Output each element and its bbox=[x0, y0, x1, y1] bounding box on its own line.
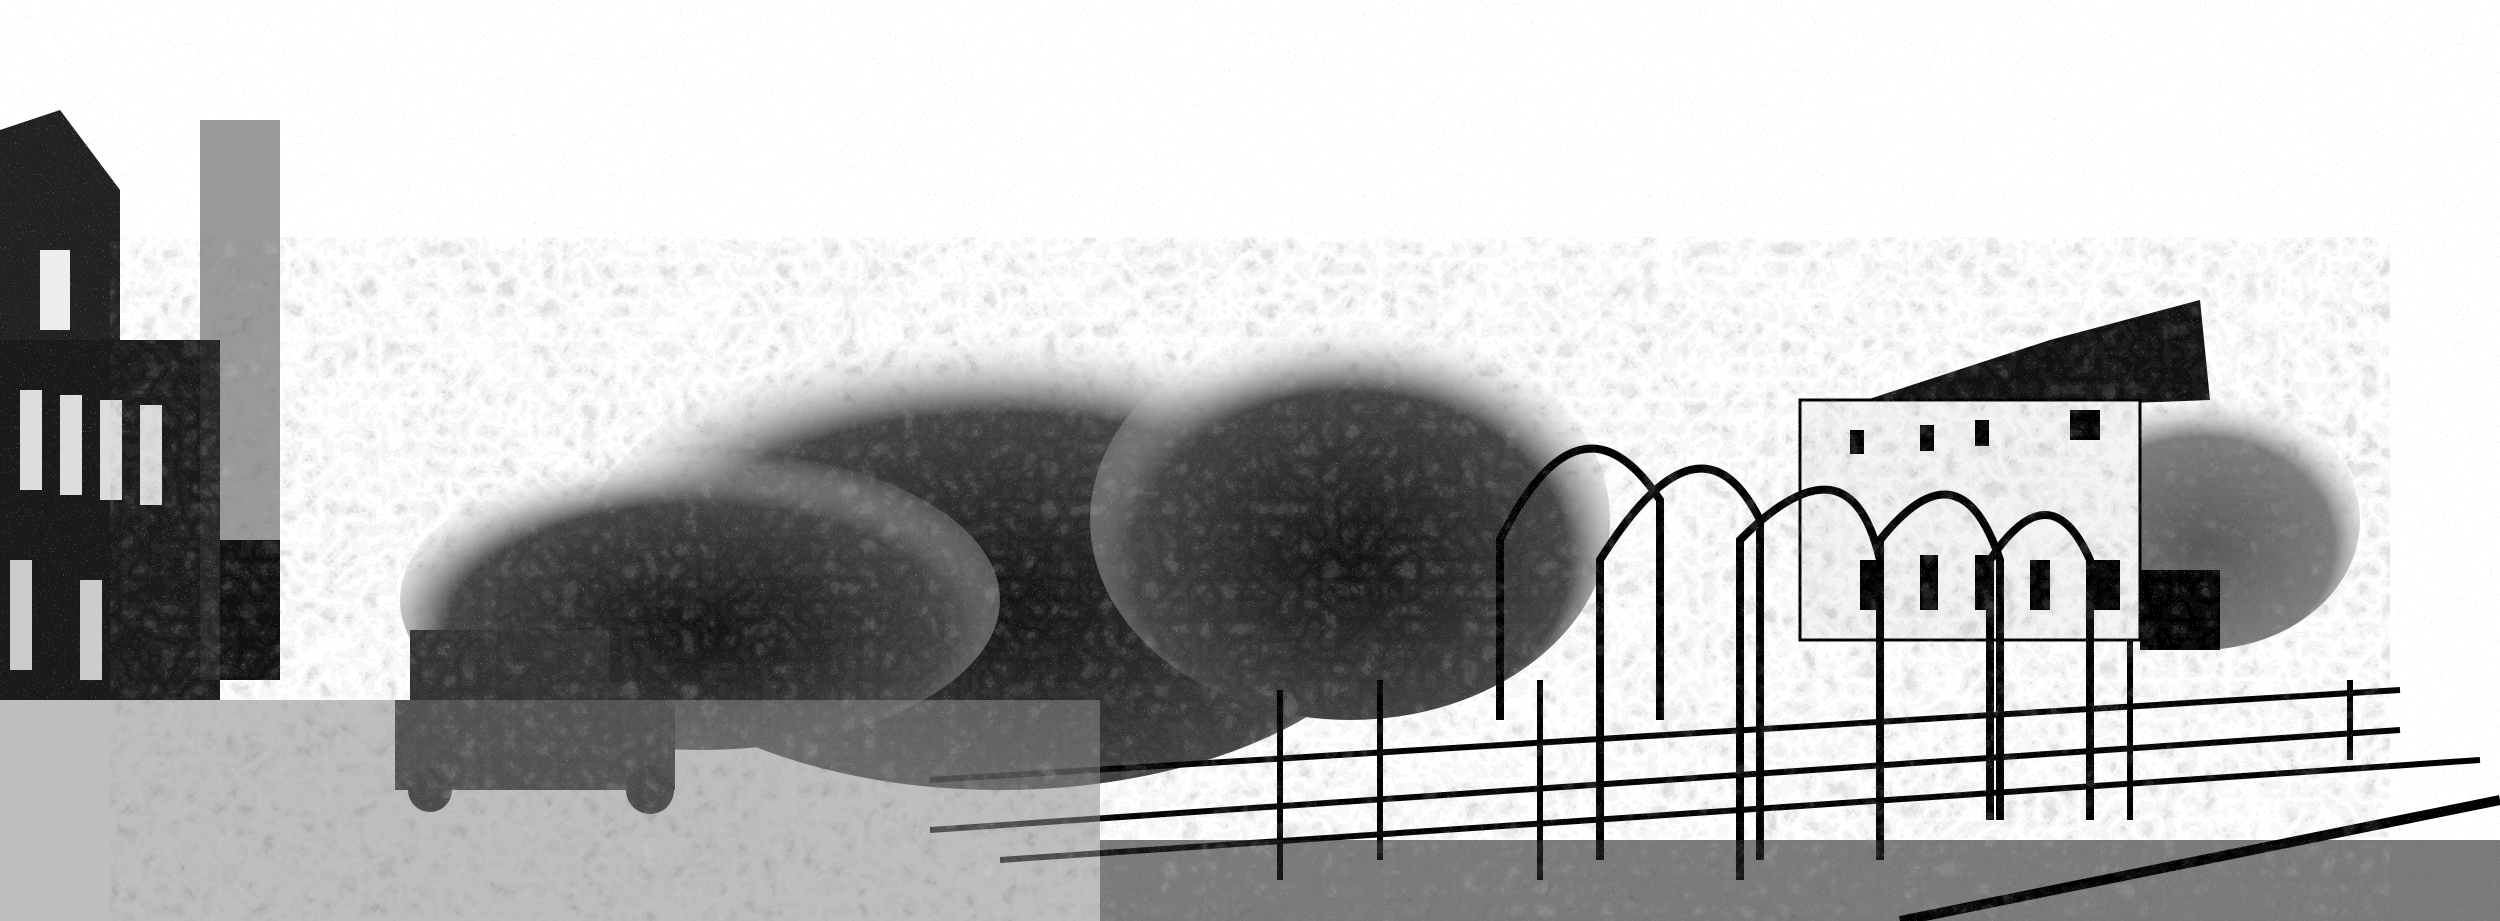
street-scene-photo bbox=[0, 0, 2500, 921]
